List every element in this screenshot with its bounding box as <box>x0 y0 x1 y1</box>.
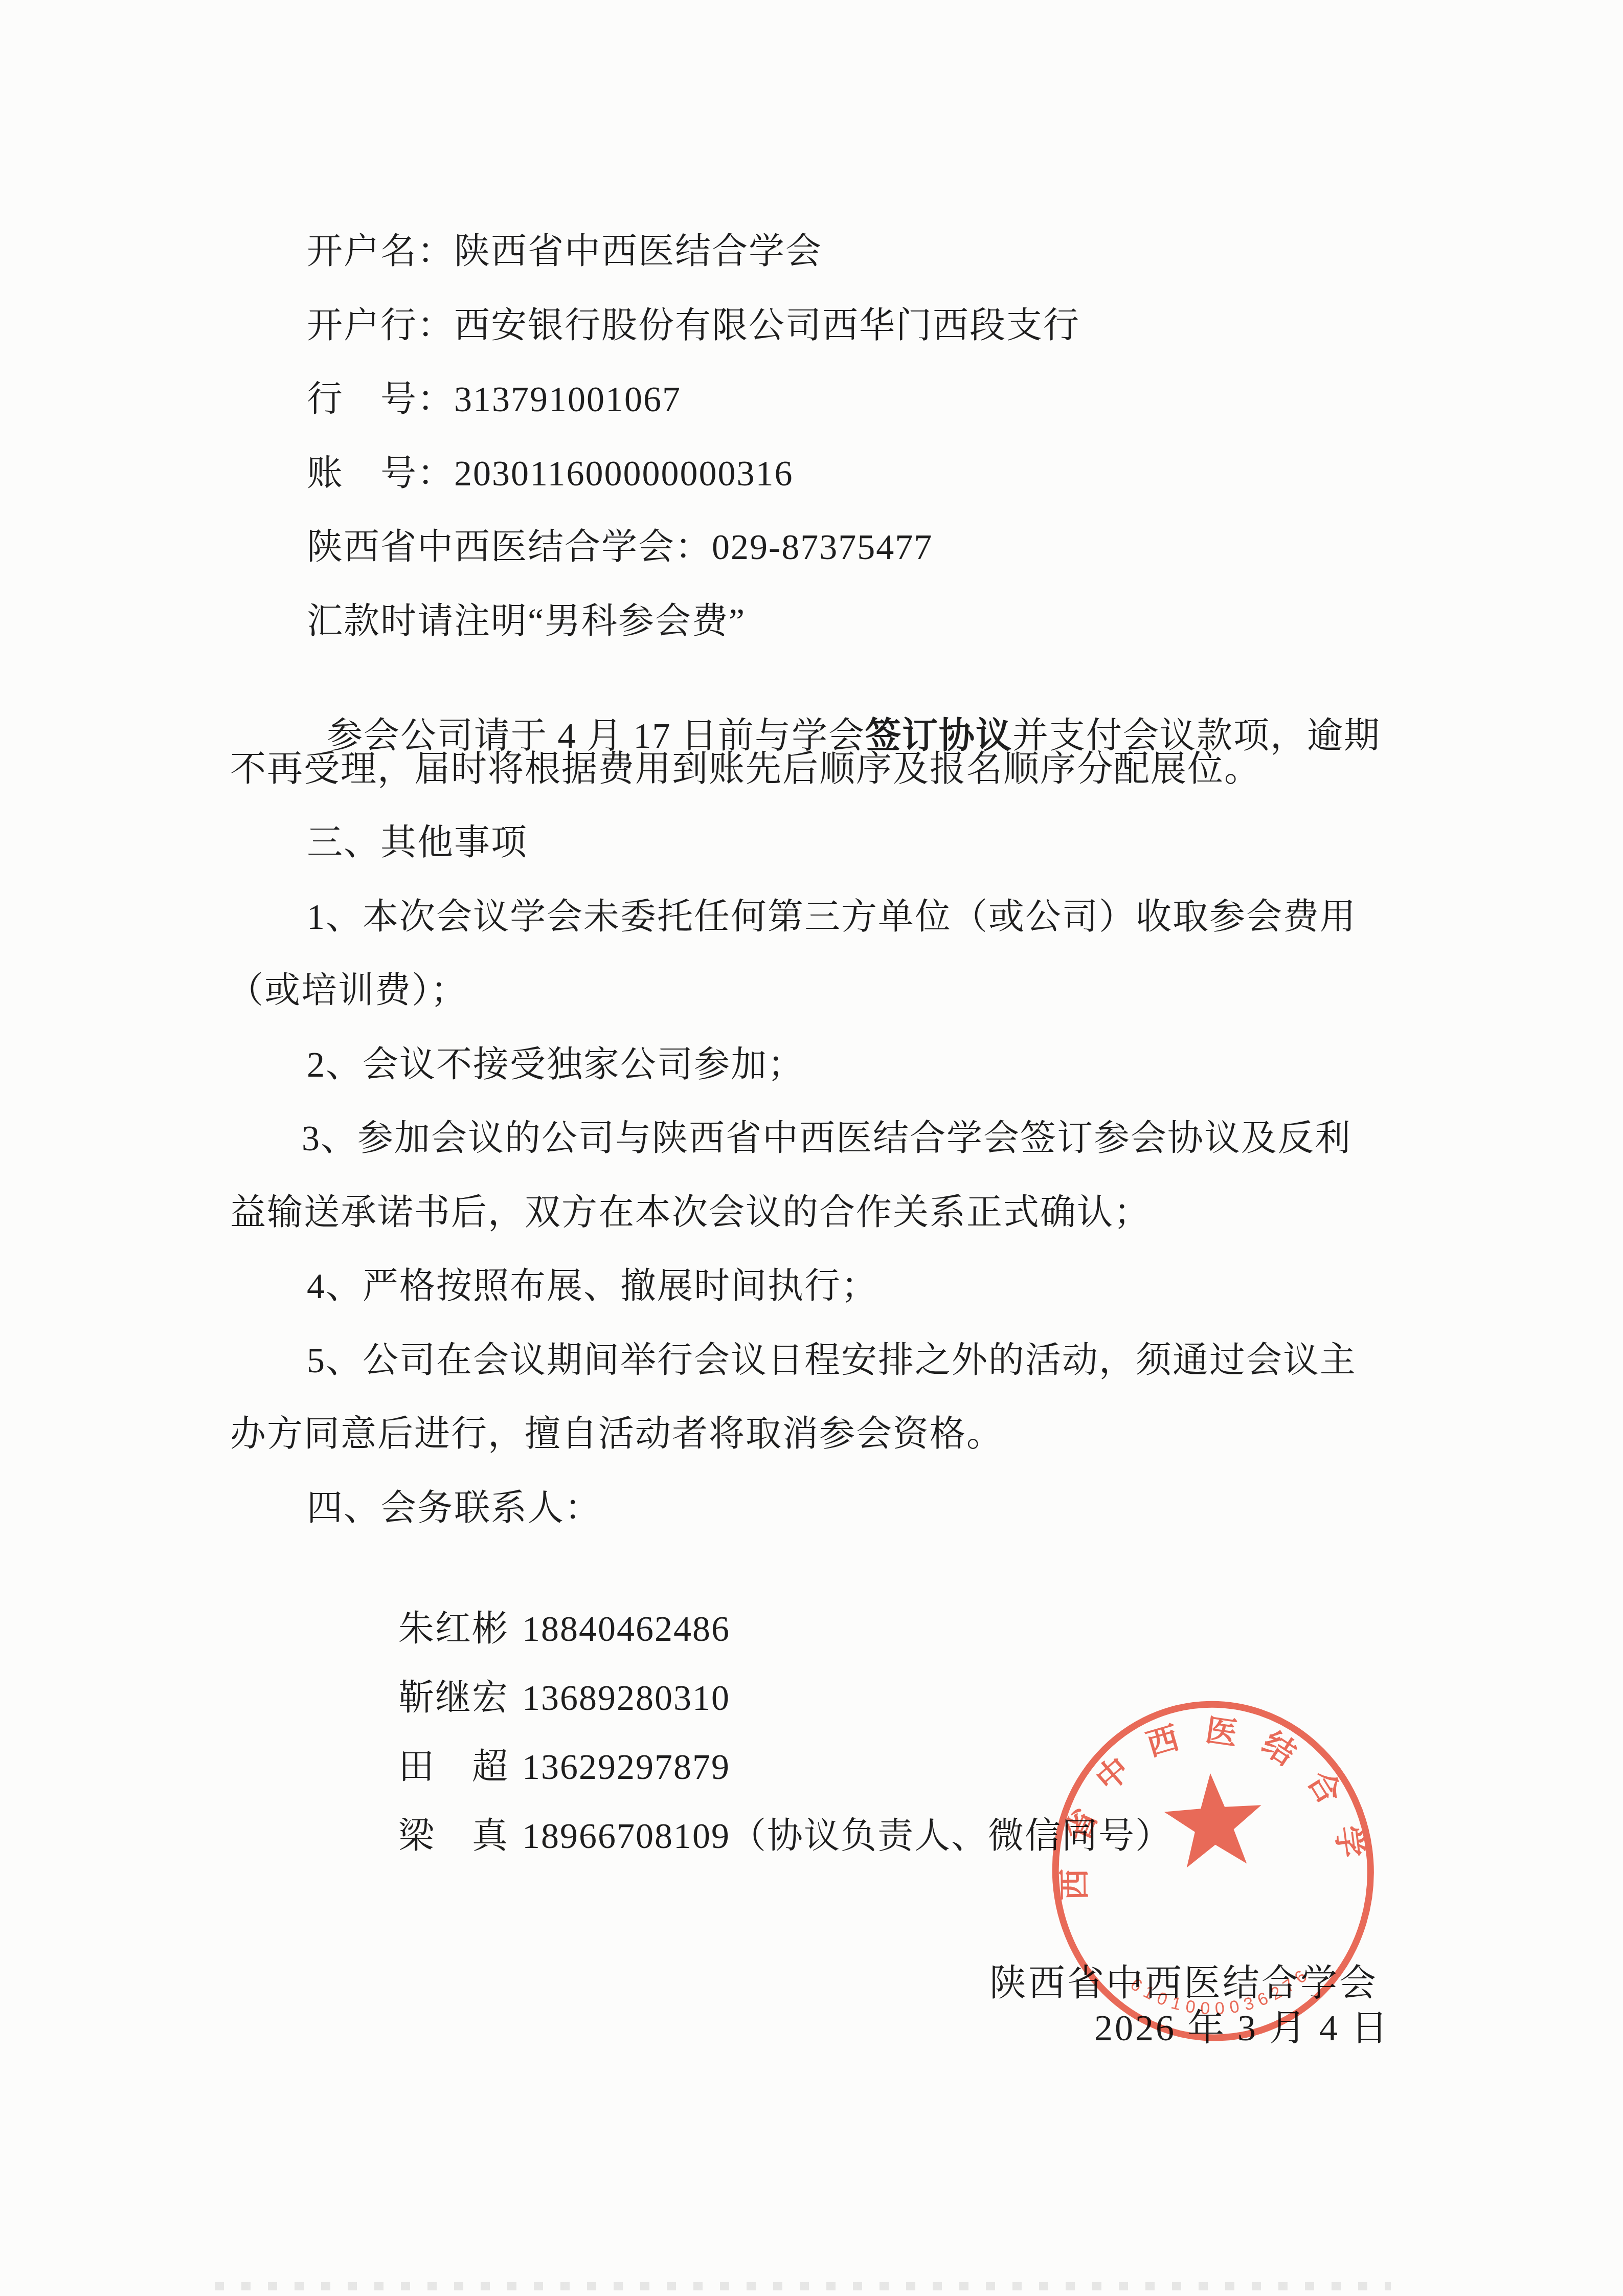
section3-item5-line1: 5、公司在会议期间举行会议日程安排之外的活动，须通过会议主 <box>307 1331 1357 1383</box>
section3-item3-line2: 益输送承诺书后，双方在本次会议的合作关系正式确认； <box>230 1184 1151 1235</box>
account-number-line: 账 号：203011600000000316 <box>307 444 793 496</box>
contact-phone: 18966708109（协议负责人、微信同号） <box>522 1807 1172 1859</box>
deadline-paragraph-line2: 不再受理，届时将根据费用到账先后顺序及报名顺序分配展位。 <box>230 740 1261 792</box>
section3-item2: 2、会议不接受独家公司参加； <box>307 1036 804 1087</box>
section4-heading: 四、会务联系人： <box>307 1479 601 1531</box>
document-date: 2026 年 3 月 4 日 <box>1094 1998 1390 2051</box>
section3-item5-line2: 办方同意后进行，擅自活动者将取消参会资格。 <box>230 1405 1003 1457</box>
scan-artifact-strip <box>215 2282 1391 2290</box>
seal-star-icon <box>1162 1770 1265 1869</box>
section3-item1-line2: （或培训费）； <box>228 962 467 1013</box>
section3-item1-line1: 1、本次会议学会未委托任何第三方单位（或公司）收取参会费用 <box>307 888 1357 940</box>
contact-row: 梁 真18966708109（协议负责人、微信同号） <box>378 1766 1172 1859</box>
contact-name: 梁 真 <box>398 1807 509 1859</box>
section3-item4: 4、严格按照布展、撤展时间执行； <box>307 1257 878 1309</box>
association-phone-line: 陕西省中西医结合学会：029-87375477 <box>307 518 933 570</box>
bank-name-line: 开户行：西安银行股份有限公司西华门西段支行 <box>307 297 1080 348</box>
bank-number-line: 行 号：313791001067 <box>307 370 681 422</box>
scanned-document-page: { "seal_color": "#e8513b", "bank_info": … <box>0 0 1623 2296</box>
section3-heading: 三、其他事项 <box>307 814 528 865</box>
account-name-line: 开户名：陕西省中西医结合学会 <box>307 222 822 274</box>
remittance-note-line: 汇款时请注明“男科参会费” <box>307 592 746 644</box>
section3-item3-line1: 3、参加会议的公司与陕西省中西医结合学会签订参会协议及反利 <box>302 1109 1351 1161</box>
